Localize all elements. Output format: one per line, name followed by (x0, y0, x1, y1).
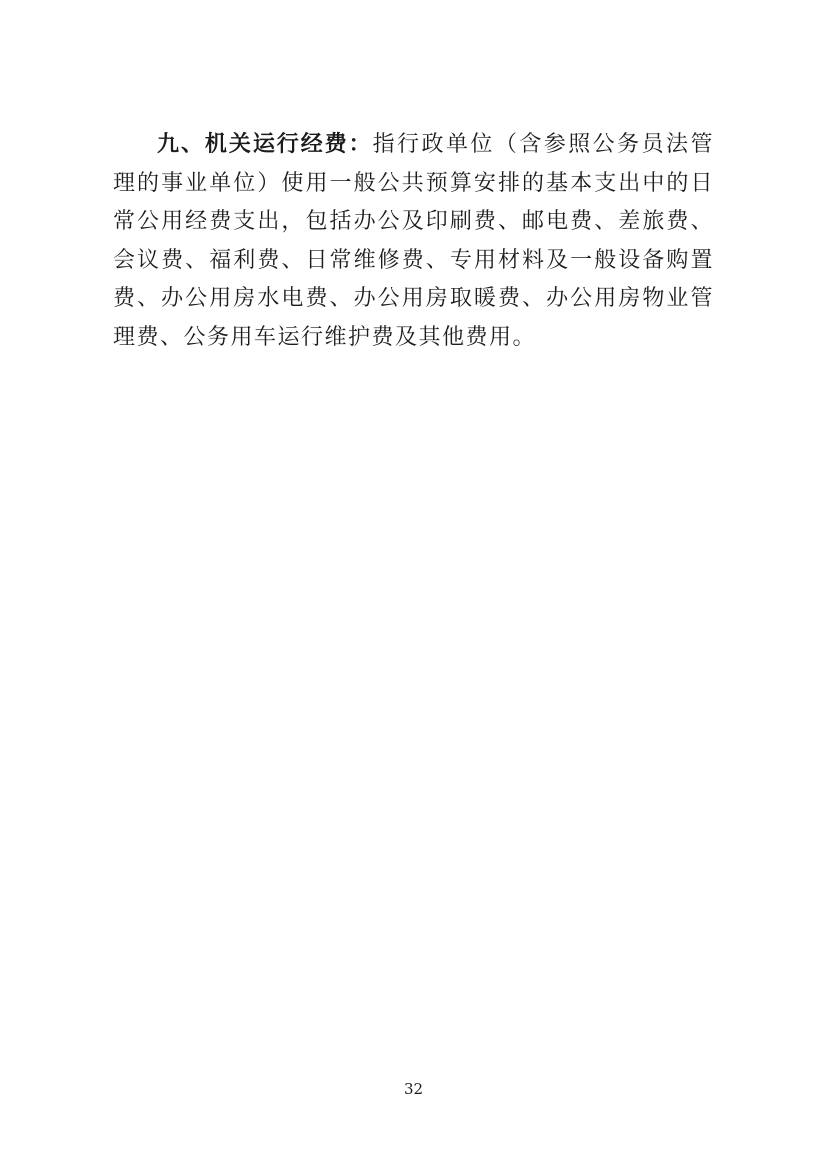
paragraph-body-text: 指行政单位（含参照公务员法管理的事业单位）使用一般公共预算安排的基本支出中的日常… (113, 132, 714, 350)
main-text-block: 九、机关运行经费：指行政单位（含参照公务员法管理的事业单位）使用一般公共预算安排… (113, 126, 714, 357)
paragraph-operating-expenses: 九、机关运行经费：指行政单位（含参照公务员法管理的事业单位）使用一般公共预算安排… (113, 126, 714, 357)
paragraph-heading: 九、机关运行经费： (157, 132, 373, 157)
page-number: 32 (0, 1080, 827, 1098)
document-page: 九、机关运行经费：指行政单位（含参照公务员法管理的事业单位）使用一般公共预算安排… (0, 0, 827, 1169)
